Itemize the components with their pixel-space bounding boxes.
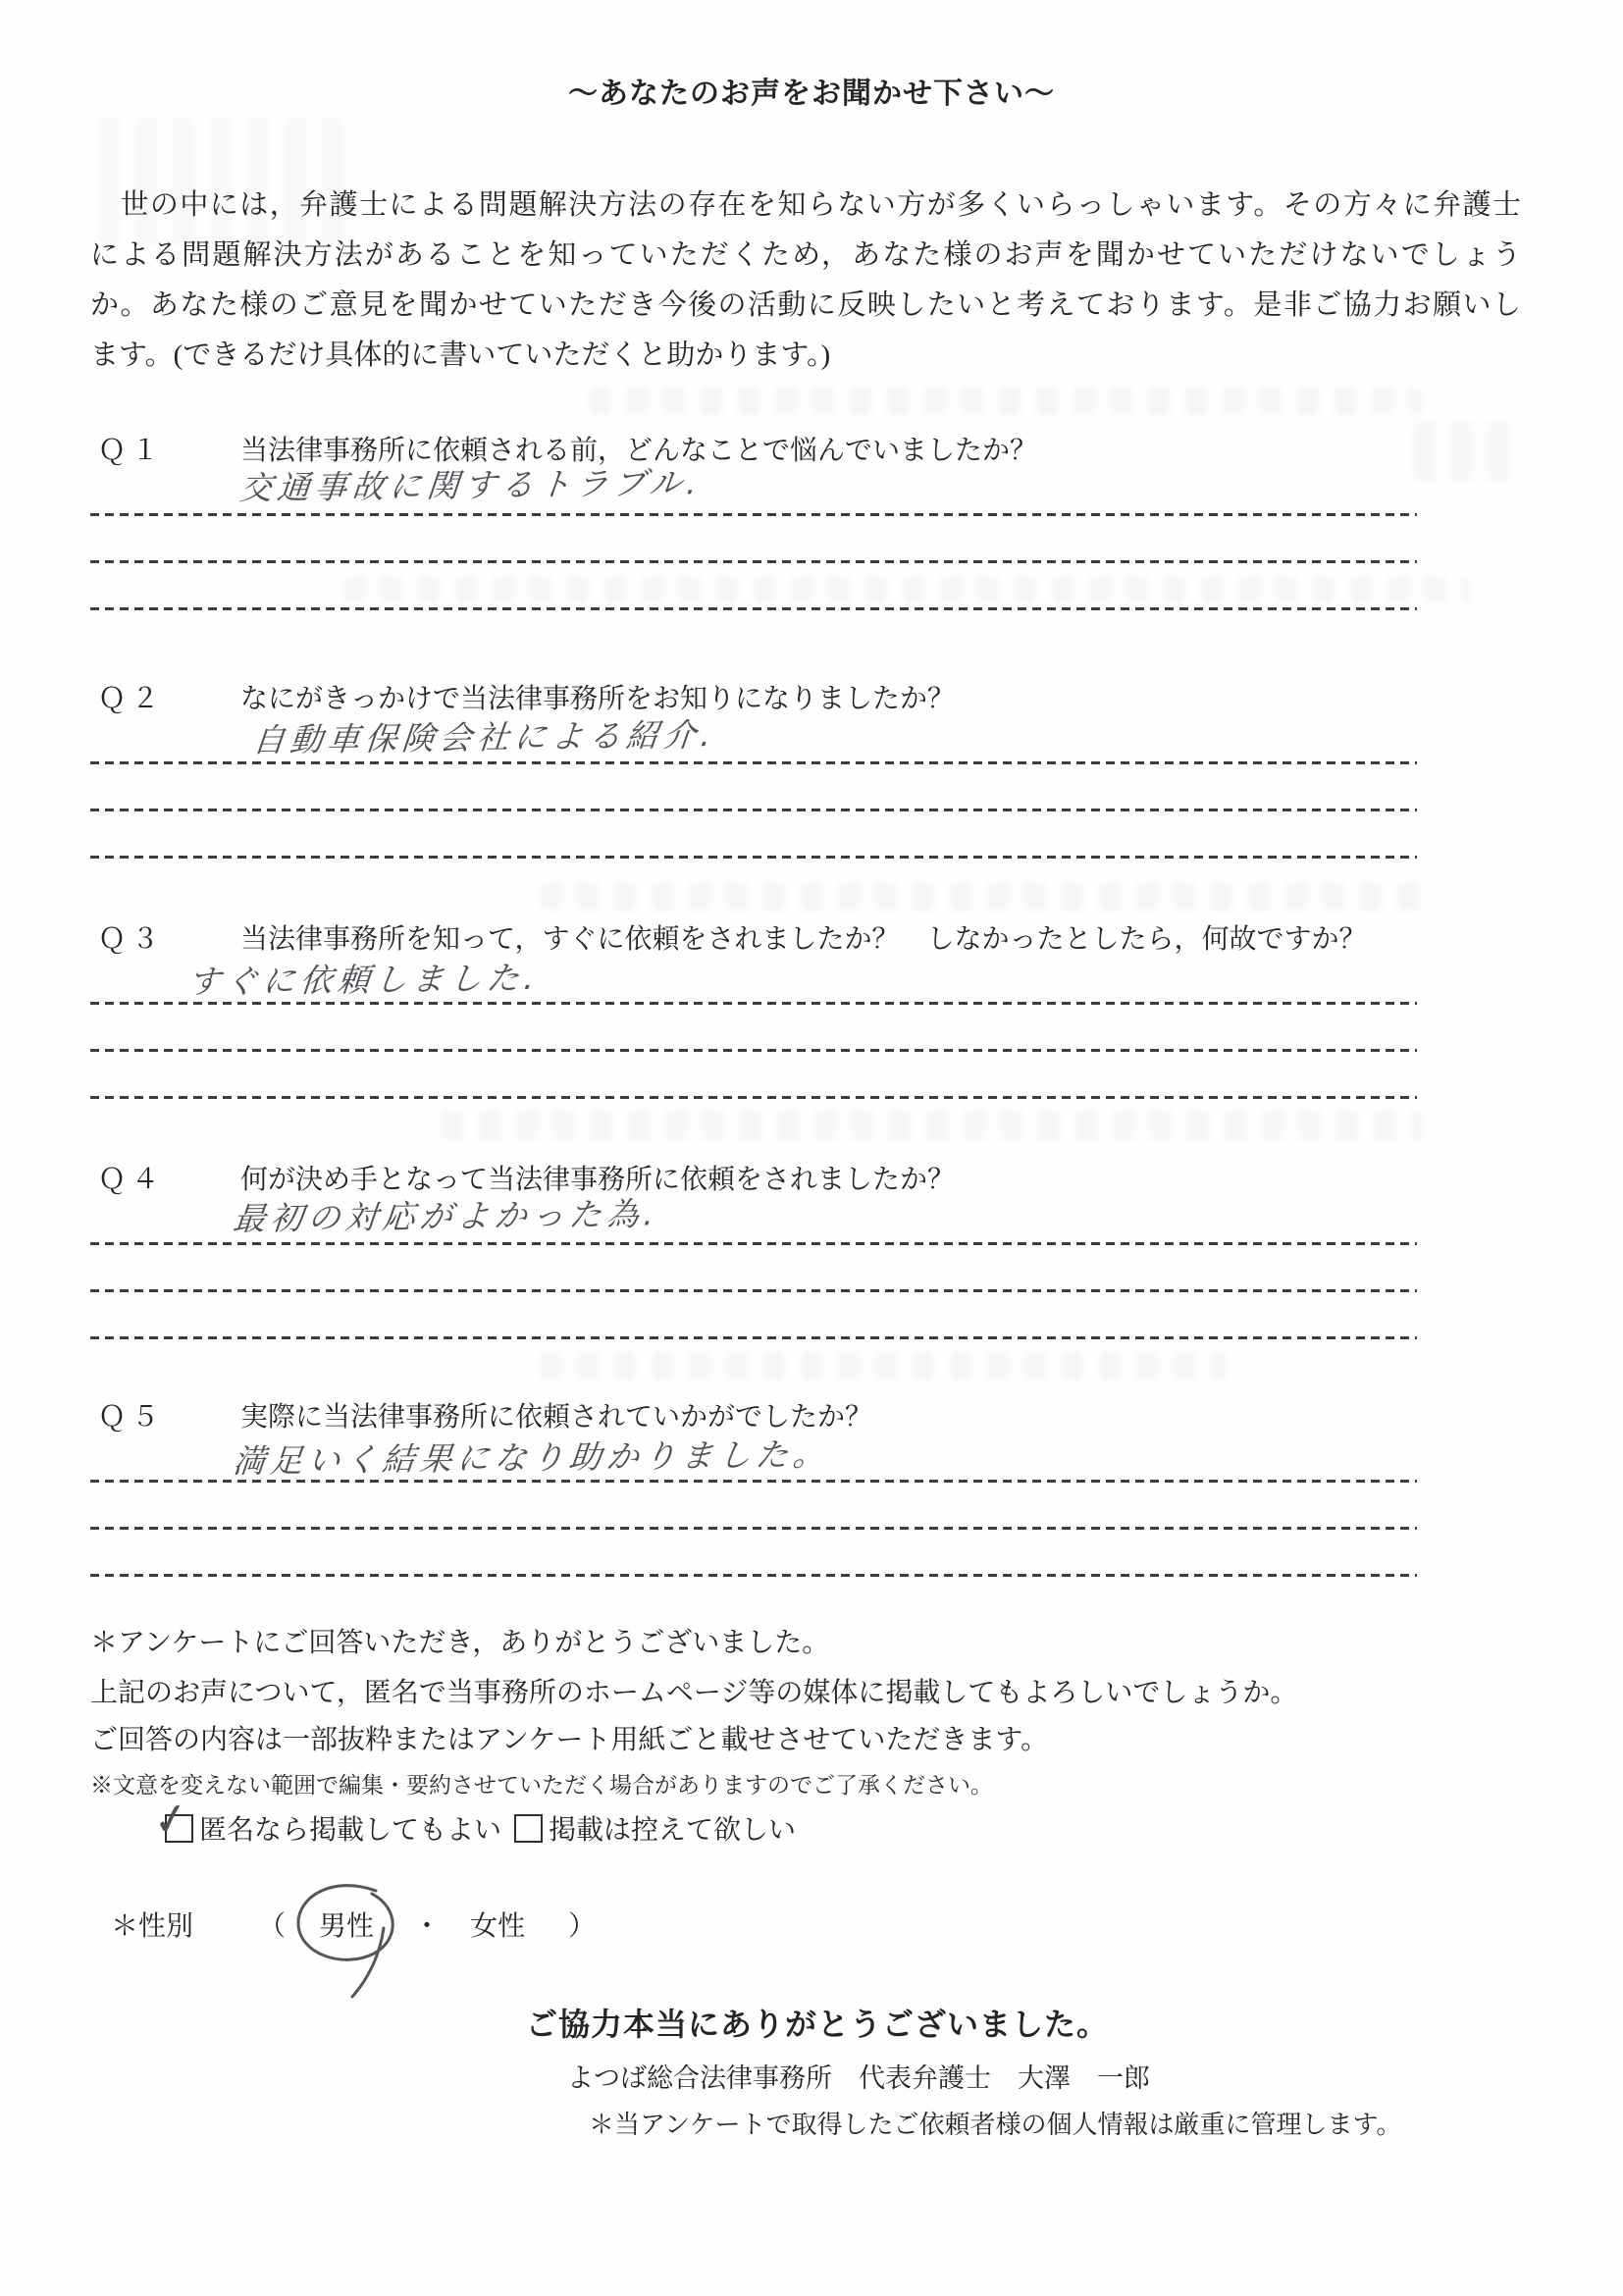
answer-line [90,856,1417,859]
gender-separator: ・ [413,1905,441,1944]
question-block-q2: Ｑ２ なにがきっかけで当法律事務所をお知りになりましたか？ 自動車保険会社による… [0,677,1623,883]
gender-option-male: 男性 [319,1905,374,1944]
option-anonymous-ok-label: 匿名なら掲載してもよい [199,1808,501,1848]
gender-option-female: 女性 [470,1905,525,1944]
publish-options-row: ✓ 匿名なら掲載してもよい 掲載は控えて欲しい [0,1808,1623,1867]
intro-line: による問題解決方法があることを知っていただくため，あなた様のお声を聞かせていただ… [90,231,1521,281]
question-q3-label: Ｑ３ [98,917,165,957]
question-q1-label: Ｑ１ [98,429,165,468]
answer-line [90,607,1417,610]
question-q2-handwritten-answer: 自動車保険会社による紹介. [251,709,718,761]
answer-line [90,1002,1417,1005]
closing-thanks: ご協力本当にありがとうございました。 [526,2000,1109,2045]
question-block-q4: Ｑ４ 何が決め手となって当法律事務所に依頼をされましたか？ 最初の対応がよかった… [0,1158,1623,1364]
question-q5-handwritten-answer: 満足いく結果になり助かりました。 [231,1429,832,1482]
survey-thanks-note: ＊アンケートにご回答いただき，ありがとうございました。 [90,1621,829,1660]
question-q3-handwritten-answer: すぐに依頼しました. [186,953,542,1003]
answer-line [90,1480,1417,1483]
question-q4-handwritten-answer: 最初の対応がよかった為. [232,1188,661,1239]
question-q3-text: 当法律事務所を知って，すぐに依頼をされましたか？ しなかったとしたら，何故ですか… [240,917,1366,957]
page-title: ～あなたのお声をお聞かせ下さい～ [0,69,1623,112]
question-q1-handwritten-answer: 交通事故に関するトラブル. [238,457,705,509]
gender-close-paren: ） [568,1905,596,1944]
answer-line [90,513,1417,516]
handwritten-checkmark: ✓ [149,1792,193,1848]
publish-detail-note: ご回答の内容は一部抜粋またはアンケート用紙ごと載せさせていただきます。 [90,1718,1048,1757]
firm-signature: よつば総合法律事務所 代表弁護士 大澤 一郎 [567,2057,1150,2095]
question-block-q5: Ｑ５ 実際に当法律事務所に依頼されていかがでしたか？ 満足いく結果になり助かりま… [0,1395,1623,1601]
answer-line [90,1049,1417,1052]
option-no-publish-label: 掲載は控えて欲しい [549,1808,796,1848]
answer-line [90,1527,1417,1530]
edit-disclaimer-note: ※文意を変えない範囲で編集・要約させていただく場合がありますのでご了承ください。 [90,1767,993,1800]
answer-line [90,1096,1417,1099]
gender-row: ＊性別（男性・女性） [111,1905,596,1944]
answer-line [90,1289,1417,1292]
question-block-q3: Ｑ３ 当法律事務所を知って，すぐに依頼をされましたか？ しなかったとしたら，何故… [0,917,1623,1123]
question-q2-label: Ｑ２ [98,677,165,716]
answer-line [90,1574,1417,1577]
privacy-note: ＊当アンケートで取得したご依頼者様の個人情報は厳重に管理します。 [589,2105,1401,2141]
intro-line: 世の中には，弁護士による問題解決方法の存在を知らない方が多くいらっしゃいます。そ… [90,181,1521,231]
answer-line [90,1336,1417,1339]
scan-artifact [540,883,1423,911]
intro-paragraph: 世の中には，弁護士による問題解決方法の存在を知らない方が多くいらっしゃいます。そ… [90,181,1521,381]
publish-permission-question: 上記のお声について，匿名で当事務所のホームページ等の媒体に掲載してもよろしいでし… [90,1671,1297,1710]
answer-line [90,560,1417,563]
question-q5-label: Ｑ５ [98,1395,165,1435]
scanned-survey-page: ～あなたのお声をお聞かせ下さい～ 世の中には，弁護士による問題解決方法の存在を知… [0,0,1623,2296]
question-block-q1: Ｑ１ 当法律事務所に依頼される前，どんなことで悩んでいましたか？ 交通事故に関す… [0,429,1623,635]
scan-artifact [589,388,1423,415]
gender-male-text: 男性 [319,1905,374,1944]
intro-line: か。あなた様のご意見を聞かせていただき今後の活動に反映したいと考えております。是… [90,281,1521,331]
answer-line [90,809,1417,811]
intro-line: ます。(できるだけ具体的に書いていただくと助かります。) [90,331,1521,381]
answer-line [90,761,1417,764]
checkbox-no-publish [514,1814,543,1843]
answer-line [90,1242,1417,1245]
gender-label: ＊性別 [111,1905,193,1944]
question-q4-label: Ｑ４ [98,1158,165,1197]
gender-open-paren: （ [258,1905,286,1944]
